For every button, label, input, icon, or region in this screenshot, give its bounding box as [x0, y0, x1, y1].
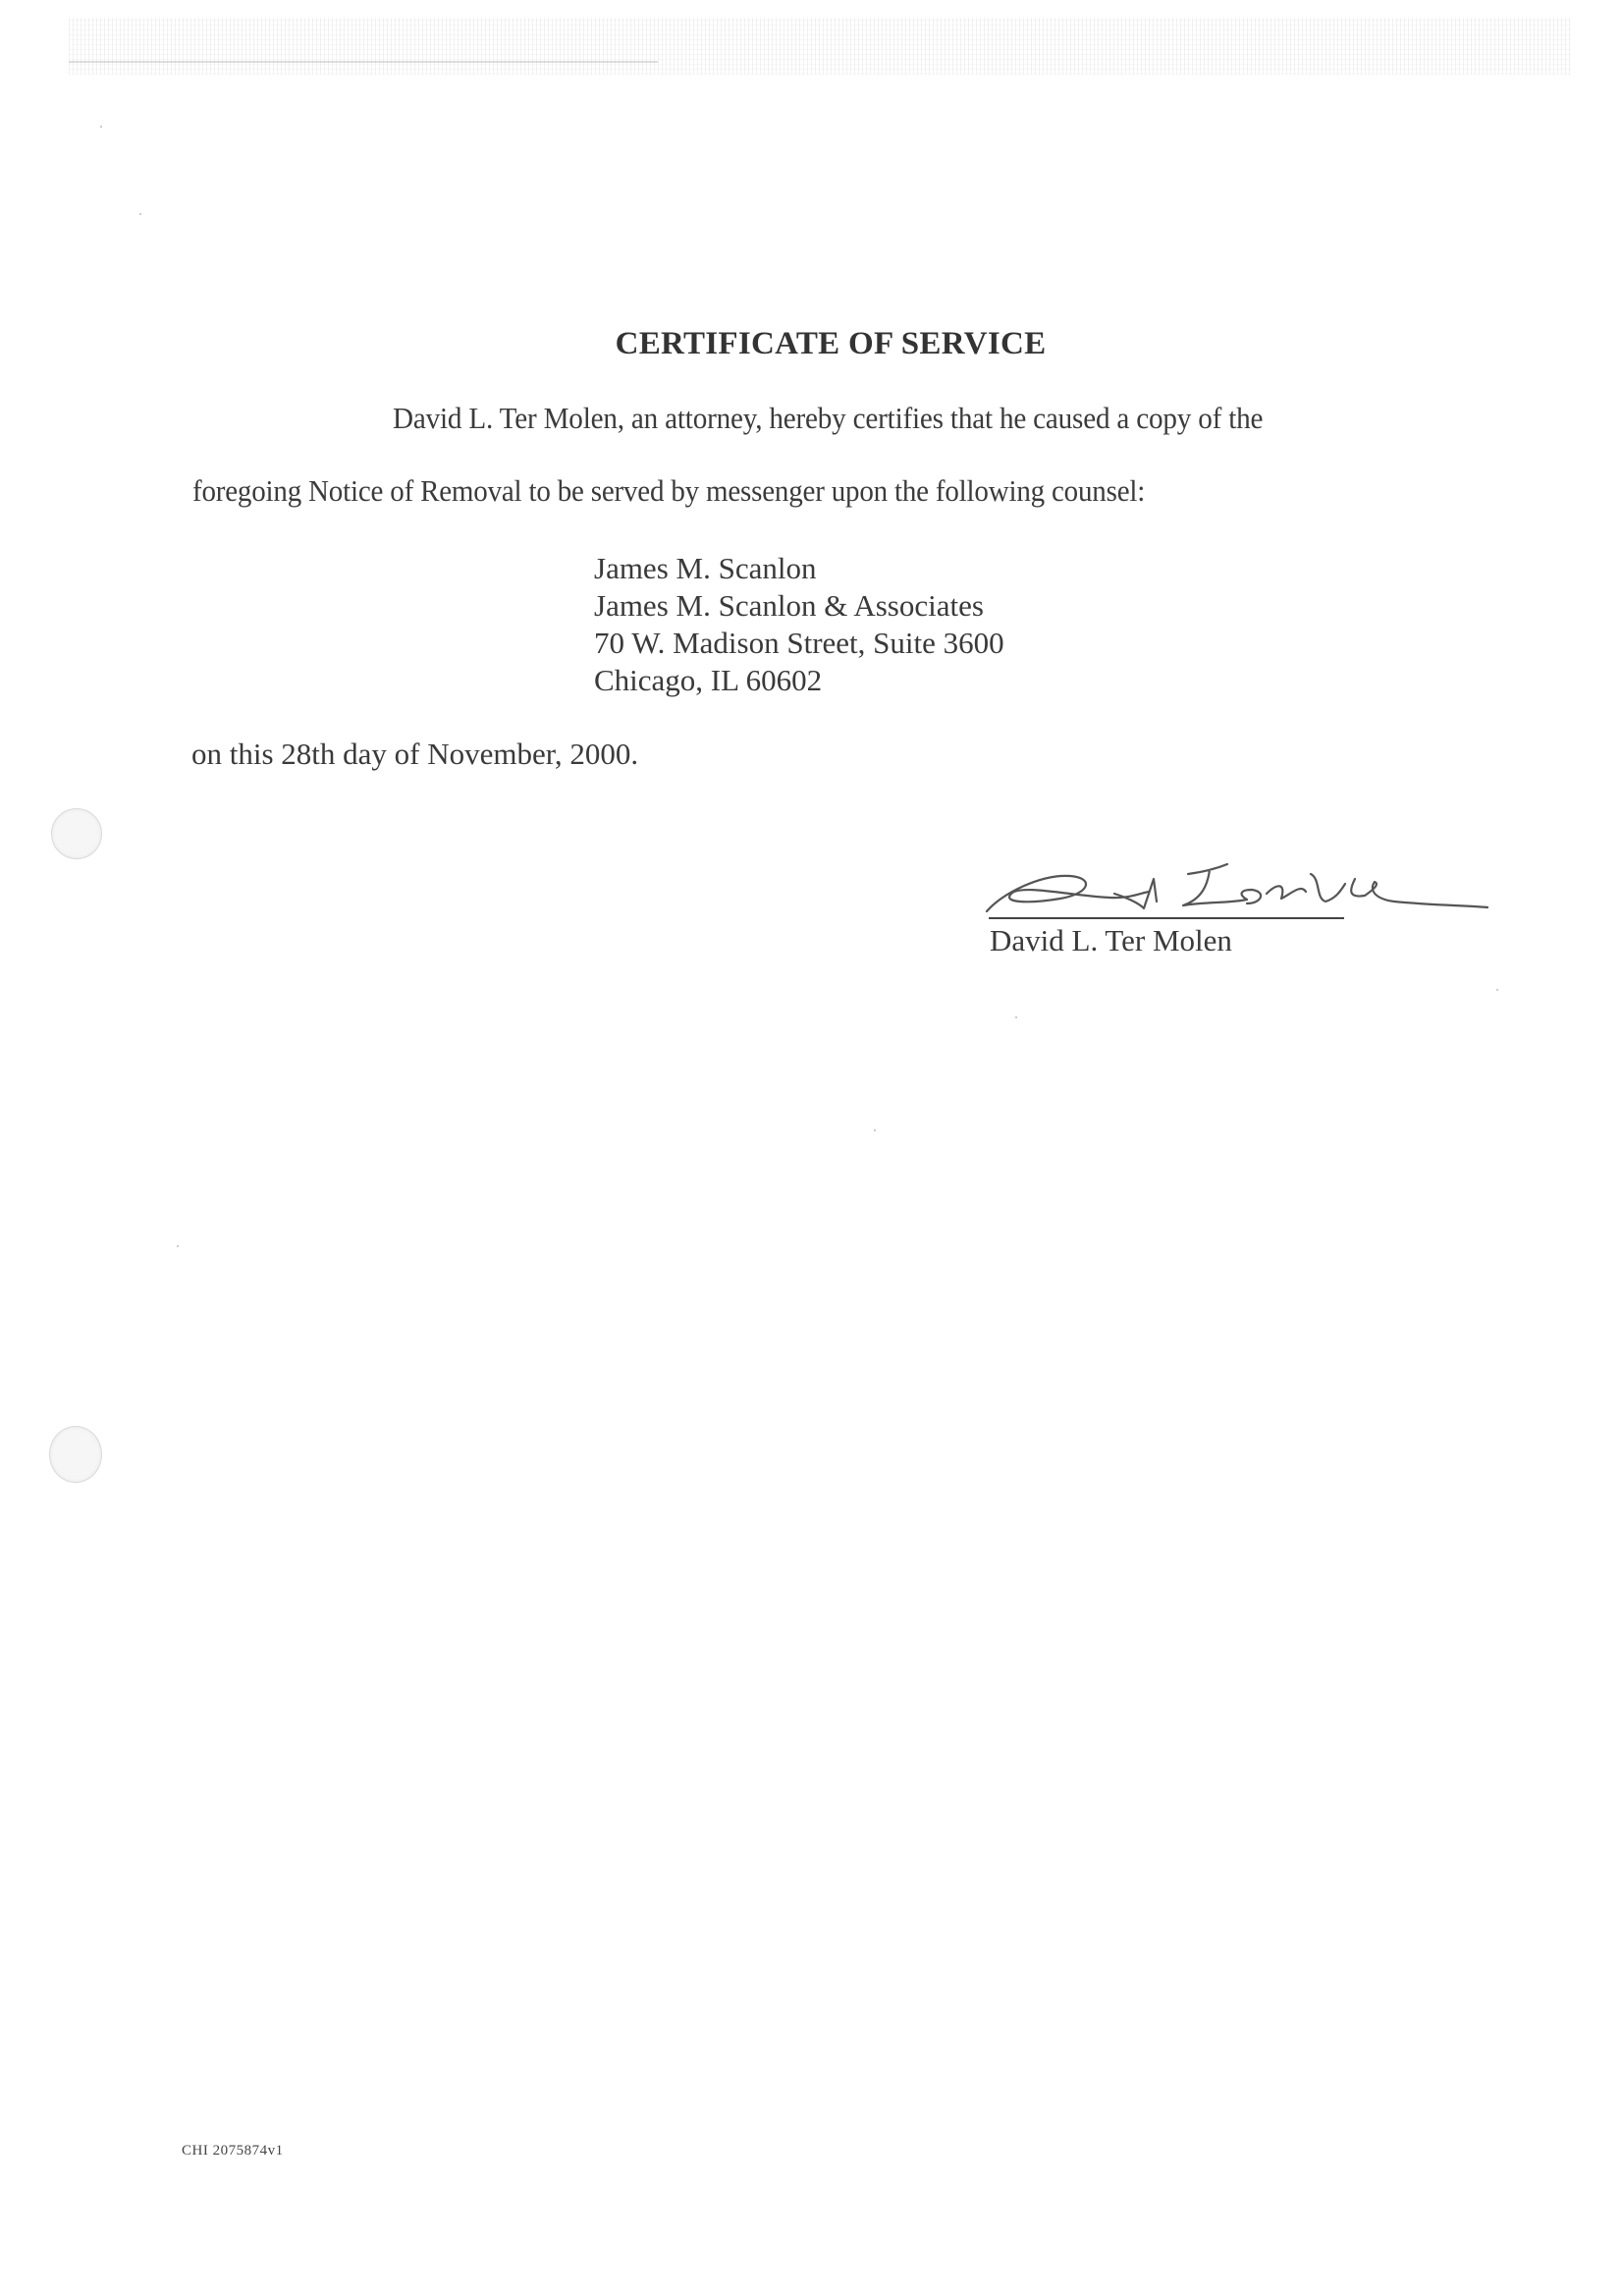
scan-speck — [100, 126, 102, 128]
document-title: CERTIFICATE OF SERVICE — [0, 326, 1622, 362]
certification-paragraph-line-1: David L. Ter Molen, an attorney, hereby … — [393, 401, 1263, 436]
handwritten-signature-icon — [982, 854, 1492, 913]
scan-header-artifact — [69, 18, 1571, 75]
scan-speck — [1015, 1016, 1017, 1018]
recipient-firm: James M. Scanlon & Associates — [594, 587, 1004, 625]
service-date: on this 28th day of November, 2000. — [191, 737, 638, 772]
scan-speck — [1496, 989, 1498, 991]
certification-paragraph-line-2: foregoing Notice of Removal to be served… — [192, 473, 1145, 509]
signer-name: David L. Ter Molen — [990, 923, 1232, 958]
punch-hole — [51, 808, 102, 859]
recipient-name: James M. Scanlon — [594, 550, 1004, 587]
scan-speck — [874, 1129, 876, 1131]
recipient-address-block: James M. Scanlon James M. Scanlon & Asso… — [594, 550, 1004, 699]
signature-line — [989, 917, 1344, 919]
document-id-footer: CHI 2075874v1 — [182, 2143, 284, 2159]
scan-speck — [177, 1245, 179, 1247]
scan-speck — [139, 213, 141, 215]
recipient-street: 70 W. Madison Street, Suite 3600 — [594, 625, 1004, 662]
punch-hole — [49, 1426, 102, 1483]
recipient-city-state-zip: Chicago, IL 60602 — [594, 662, 1004, 699]
